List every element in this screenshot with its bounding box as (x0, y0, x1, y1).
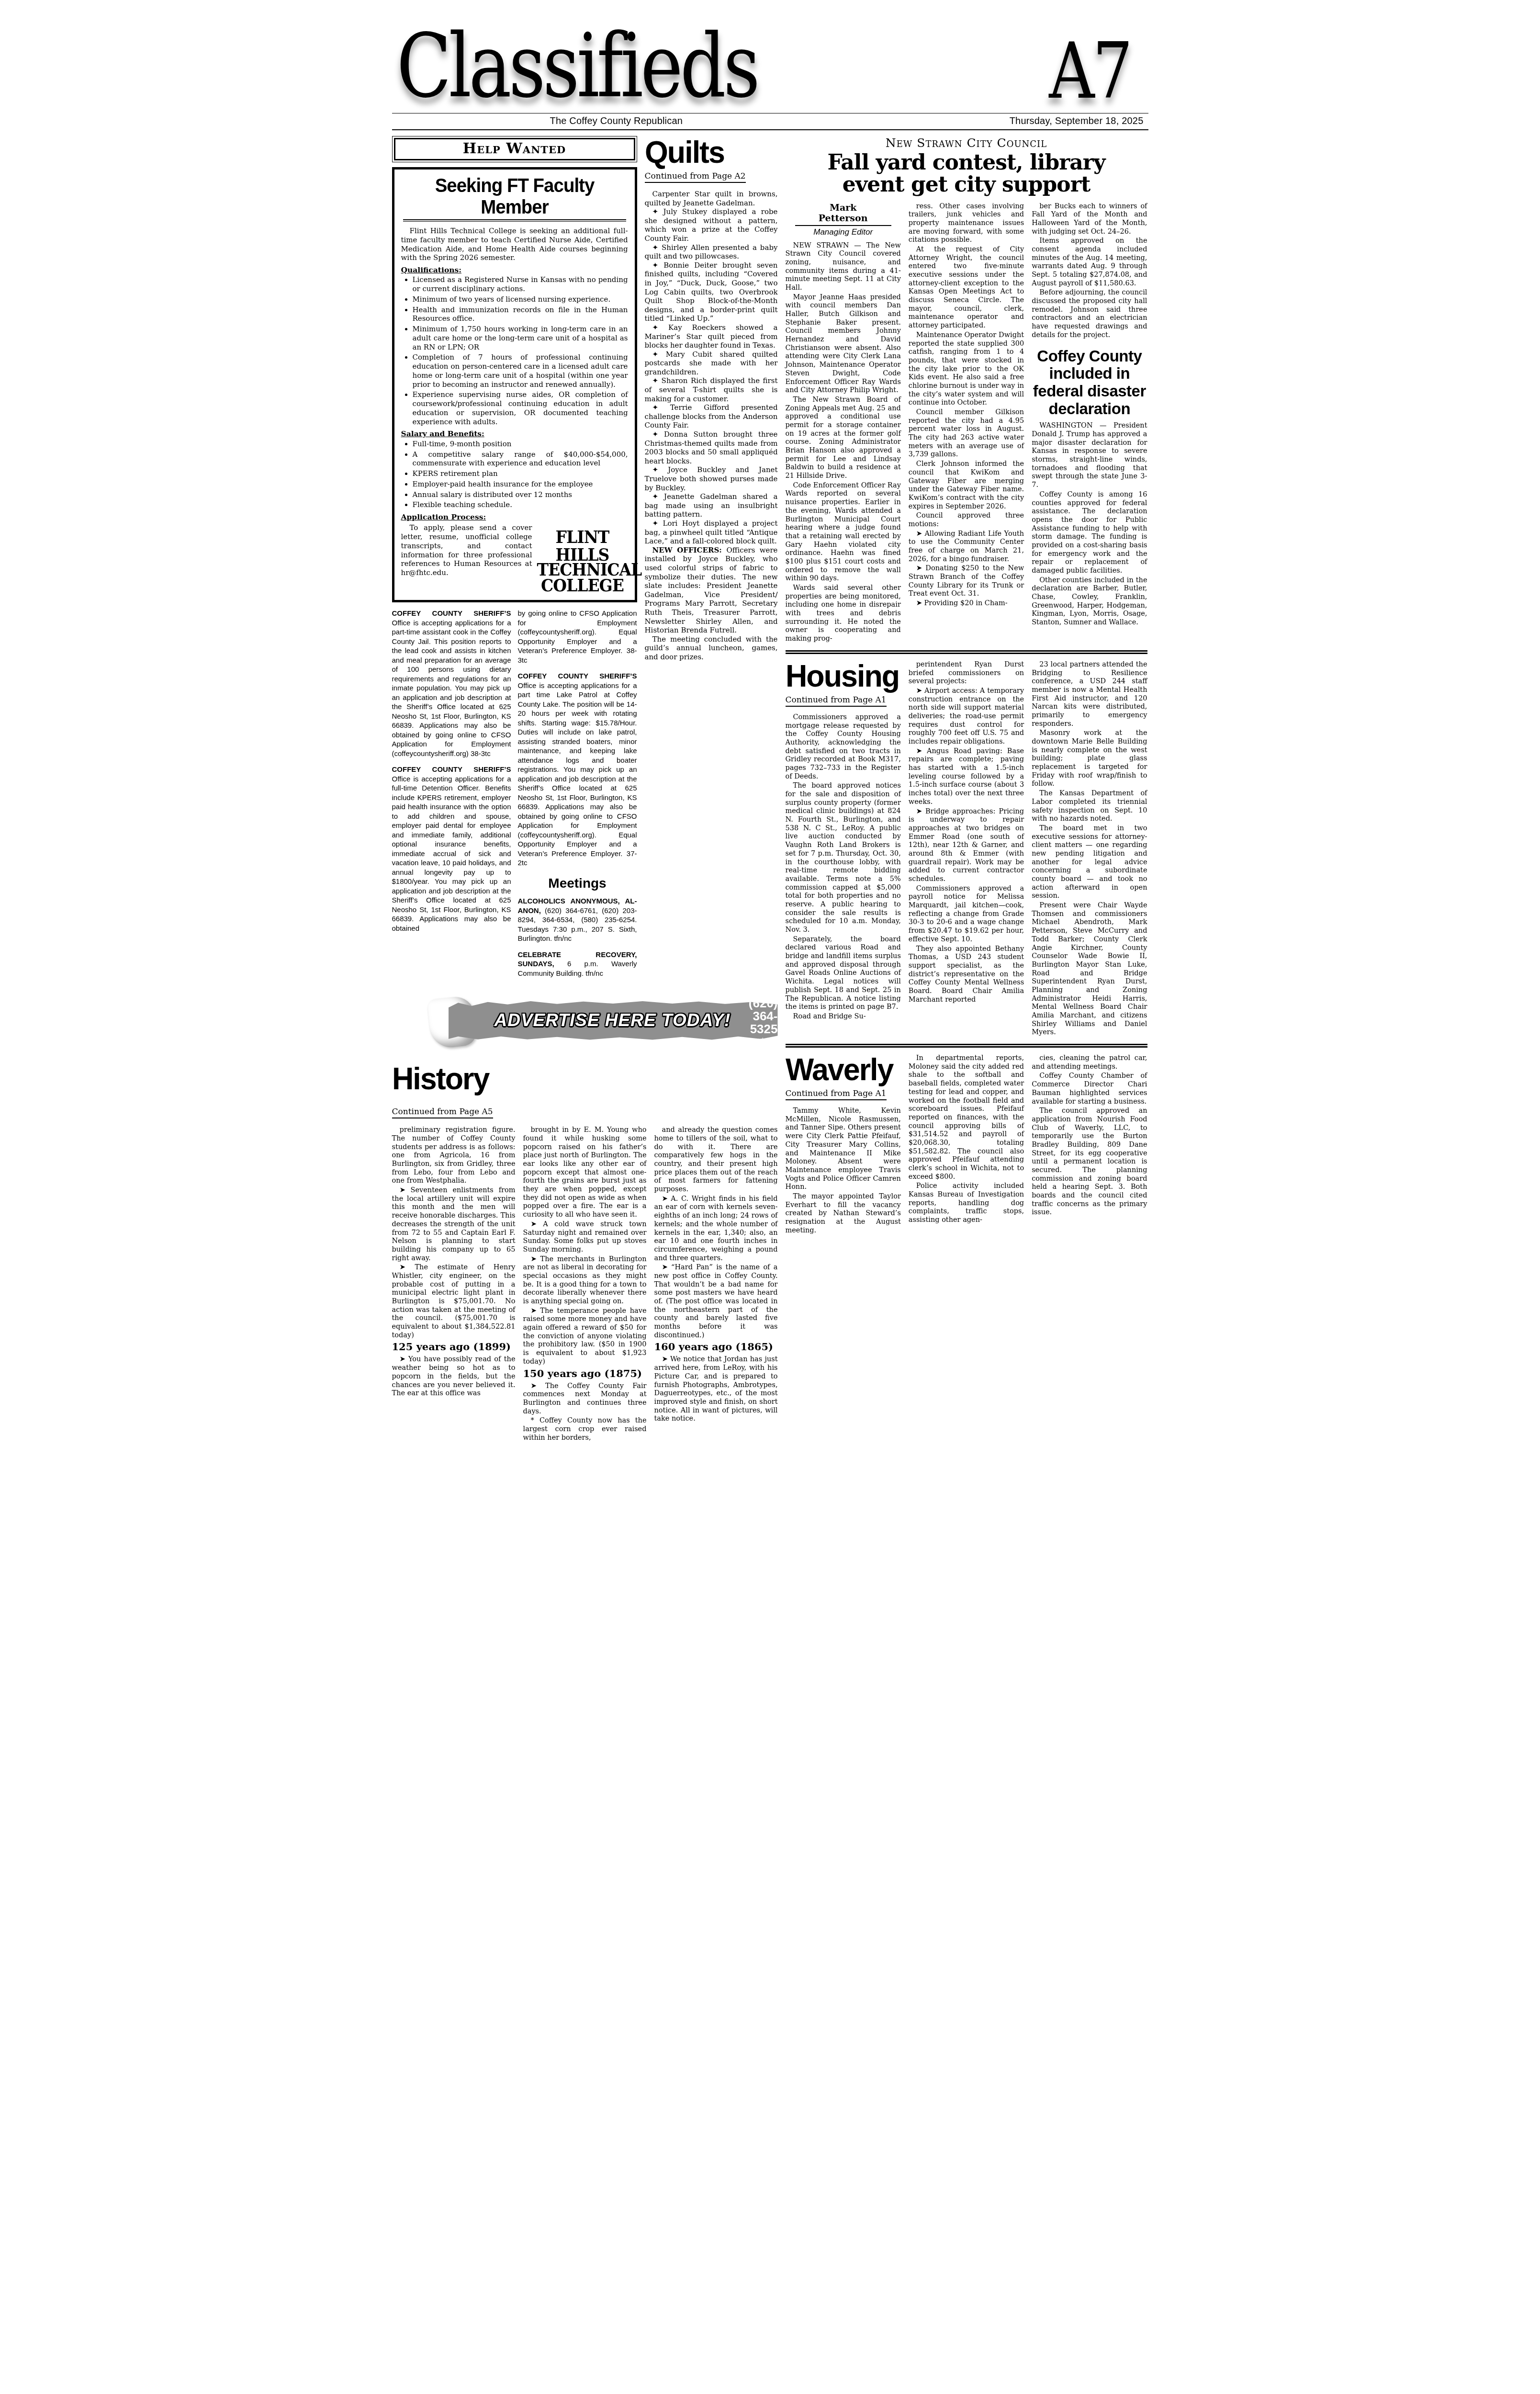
quilts-heading-block: Quilts Continued from Page A2 (645, 137, 778, 188)
article-paragraph: Coffey County is among 16 counties appro… (1032, 491, 1147, 576)
housing-columns: Housing Continued from Page A1 Commissio… (786, 661, 1147, 1037)
quilts-section: Quilts Continued from Page A2 Carpenter … (645, 135, 778, 985)
advertise-banner-text: ADVERTISE HERE TODAY! (449, 1010, 731, 1030)
history-paragraph: ➤ A cold wave struck town Saturday night… (523, 1220, 647, 1254)
housing-column-2: perintendent Ryan Durst briefed commissi… (909, 661, 1024, 1037)
left-top-row: Help Wanted Seeking FT Faculty Member Fl… (392, 135, 778, 985)
housing-column-3: 23 local partners attended the Bridging … (1032, 661, 1147, 1037)
quilts-paragraph: ✦ Mary Cubit shared quilted postcards sh… (645, 350, 778, 377)
masthead-row: Classifieds A7 (392, 7, 1148, 106)
article-paragraph: Commissioners approved a mortgage releas… (786, 713, 901, 781)
quilts-paragraph: ✦ Kay Roeckers showed a Mariner’s Star q… (645, 323, 778, 350)
housing-column-1: Housing Continued from Page A1 Commissio… (786, 661, 901, 1037)
advertise-banner-phone: (620) 364-5325 (749, 996, 778, 1036)
page-content: Help Wanted Seeking FT Faculty Member Fl… (392, 135, 1148, 1442)
history-paragraph: 160 years ago (1865) (654, 1341, 778, 1353)
advertise-banner[interactable]: ADVERTISE HERE TODAY! (620) 364-5325 ext… (429, 997, 778, 1049)
application-text: To apply, please send a cover letter, re… (401, 523, 532, 577)
history-paragraph: 150 years ago (1875) (523, 1367, 647, 1379)
history-column-2: brought in by E. M. Young who found it w… (523, 1126, 647, 1442)
history-paragraph: 125 years ago (1899) (392, 1341, 516, 1353)
section-divider-rule (786, 650, 1147, 654)
advertise-banner-ext: ext. 106 (755, 1036, 778, 1043)
article-paragraph: Mayor Jeanne Haas presided with council … (786, 294, 901, 395)
classified-columns: COFFEY COUNTY SHERIFF’S Office is accept… (392, 609, 637, 985)
article-paragraph: ➤ Allowing Radiant Life Youth to use the… (909, 530, 1024, 564)
history-paragraph: ➤ “Hard Pan” is the name of a new post o… (654, 1264, 778, 1340)
article-paragraph: Police activity included Kansas Bureau o… (909, 1182, 1024, 1224)
salary-item: A competitive salary range of $40,000-$5… (413, 450, 628, 468)
qualification-item: Minimum of 1,750 hours working in long-t… (413, 325, 628, 351)
article-paragraph: Maintenance Operator Dwight reported the… (909, 331, 1024, 407)
byline-block: Mark Petterson Managing Editor (786, 203, 901, 237)
section-divider-rule (786, 1044, 1147, 1048)
article-paragraph: In departmental reports, Moloney said th… (909, 1054, 1024, 1181)
faculty-ad-title: Seeking FT Faculty Member (405, 175, 623, 218)
salary-item: Full-time, 9-month position (413, 440, 628, 449)
help-wanted-header-inner: Help Wanted (394, 138, 635, 160)
article-paragraph: Coffey County Chamber of Commerce Direct… (1032, 1072, 1147, 1106)
quilts-paragraph: ✦ Bonnie Deiter brought seven finished q… (645, 261, 778, 323)
history-column-3: and already the question comes home to t… (654, 1126, 778, 1442)
quilts-paragraph: NEW OFFICERS: Officers were installed by… (645, 546, 778, 635)
quilts-paragraph: ✦ Donna Sutton brought three Christmas-t… (645, 430, 778, 465)
quilts-paragraph: The meeting concluded with the guild’s a… (645, 635, 778, 662)
history-paragraph: ➤ You have possibly read of the weather … (392, 1355, 516, 1398)
classified-ad: CELEBRATE RECOVERY, SUNDAYS, 6 p.m. Wave… (518, 950, 637, 979)
history-column-1: preliminary registration figure. The num… (392, 1126, 516, 1442)
faculty-ad-body: Flint Hills Technical College is seeking… (401, 226, 628, 593)
quilts-paragraph: ✦ Terrie Gifford presented challenge blo… (645, 403, 778, 430)
article-paragraph: Other counties included in the declarati… (1032, 576, 1147, 627)
article-paragraph: Before adjourning, the council discussed… (1032, 289, 1147, 339)
disaster-subheadline-line: included in (1032, 365, 1147, 383)
salary-item: KPERS retirement plan (413, 469, 628, 478)
waverly-continued-line: Continued from Page A1 (786, 1089, 887, 1100)
help-wanted-header-box: Help Wanted (392, 136, 637, 162)
new-strawn-column-2: ress. Other cases involving trailers, ju… (909, 203, 1024, 644)
fhtc-logo-line: FLINT HILLS (537, 529, 628, 564)
housing-continued-line: Continued from Page A1 (786, 695, 887, 707)
article-paragraph: perintendent Ryan Durst briefed commissi… (909, 661, 1024, 686)
waverly-columns: Waverly Continued from Page A1 Tammy Whi… (786, 1054, 1147, 1235)
salary-item: Employer-paid health insurance for the e… (413, 480, 628, 489)
publication-name: The Coffey County Republican (550, 116, 683, 127)
history-paragraph: preliminary registration figure. The num… (392, 1126, 516, 1186)
advertise-banner-ribbon: ADVERTISE HERE TODAY! (620) 364-5325 ext… (449, 1000, 778, 1040)
history-section: History Continued from Page A5 prelimina… (392, 1063, 778, 1442)
advertise-banner-phone-block: (620) 364-5325 ext. 106 (742, 997, 777, 1044)
qualification-item: Minimum of two years of licensed nursing… (413, 295, 628, 304)
history-continued-line: Continued from Page A5 (392, 1107, 493, 1118)
history-paragraph: ➤ We notice that Jordan has just arrived… (654, 1355, 778, 1423)
history-paragraph: ➤ A. C. Wright finds in his field an ear… (654, 1195, 778, 1263)
article-paragraph: ➤ Angus Road paving: Base repairs are co… (909, 747, 1024, 807)
classified-ad: COFFEY COUNTY SHERIFF’S Office is accept… (392, 765, 511, 933)
classified-ad: Meetings (518, 875, 637, 892)
salary-label: Salary and Benefits: (401, 429, 628, 438)
byline-author: Mark Petterson (795, 203, 891, 226)
quilts-paragraph: ✦ Joyce Buckley and Janet Truelove both … (645, 465, 778, 492)
article-paragraph: ➤ Airport access: A temporary constructi… (909, 687, 1024, 746)
classified-ad: COFFEY COUNTY SHERIFF’S Office is accept… (392, 609, 511, 758)
history-columns: preliminary registration figure. The num… (392, 1126, 778, 1442)
history-paragraph: ➤ Seventeen enlistments from the local a… (392, 1186, 516, 1263)
history-paragraph: and already the question comes home to t… (654, 1126, 778, 1194)
salary-item: Flexible teaching schedule. (413, 500, 628, 509)
faculty-ad-intro: Flint Hills Technical College is seeking… (401, 226, 628, 262)
history-heading-block: History Continued from Page A5 (392, 1063, 778, 1123)
qualification-item: Licensed as a Registered Nurse in Kansas… (413, 275, 628, 294)
history-paragraph: ➤ The estimate of Henry Whistler, city e… (392, 1264, 516, 1340)
history-heading: History (392, 1063, 770, 1094)
article-paragraph: Tammy White, Kevin McMillen, Nicole Rasm… (786, 1107, 901, 1192)
article-paragraph: Masonry work at the downtown Marie Belle… (1032, 729, 1147, 789)
article-paragraph: ress. Other cases involving trailers, ju… (909, 203, 1024, 245)
quilts-paragraph: ✦ Lori Hoyt displayed a project bag, a p… (645, 519, 778, 546)
page-number: A7 (1049, 37, 1143, 106)
housing-heading: Housing (786, 661, 899, 691)
history-paragraph: ➤ The merchants in Burlington are not as… (523, 1255, 647, 1306)
help-wanted-label: Help Wanted (463, 140, 566, 157)
article-paragraph: Items approved on the consent agenda inc… (1032, 237, 1147, 288)
classified-column-1: COFFEY COUNTY SHERIFF’S Office is accept… (392, 609, 511, 985)
new-strawn-article: New Strawn City Council Fall yard contes… (786, 136, 1147, 644)
article-paragraph: Commissioners approved a payroll notice … (909, 885, 1024, 944)
qualifications-list: Licensed as a Registered Nurse in Kansas… (401, 275, 628, 426)
new-strawn-col3-top: ber Bucks each to winners of Fall Yard o… (1032, 203, 1147, 340)
fhtc-logo: FLINT HILLSTECHNICALCOLLEGE (537, 523, 628, 593)
classified-column-2: by going online to CFSO Application for … (518, 609, 637, 985)
article-paragraph: Council approved three motions: (909, 512, 1024, 529)
article-paragraph: Council member Gilkison reported the cit… (909, 408, 1024, 459)
history-paragraph: brought in by E. M. Young who found it w… (523, 1126, 647, 1220)
qualification-item: Completion of 7 hours of professional co… (413, 353, 628, 389)
new-strawn-column-1: Mark Petterson Managing Editor NEW STRAW… (786, 203, 901, 644)
quilts-paragraph: ✦ July Stukey displayed a robe she desig… (645, 207, 778, 243)
classified-ad: ALCOHOLICS ANONYMOUS, AL-ANON, (620) 364… (518, 897, 637, 944)
quilts-paragraph: ✦ Jeanette Gadelman shared a bag made us… (645, 492, 778, 519)
article-paragraph: WASHINGTON — President Donald J. Trump h… (1032, 422, 1147, 490)
article-paragraph: The mayor appointed Taylor Everhart to f… (786, 1193, 901, 1235)
article-kicker: New Strawn City Council (786, 136, 1147, 150)
quilts-paragraph: Carpenter Star quilt in browns, quilted … (645, 190, 778, 207)
quilts-body: Carpenter Star quilt in browns, quilted … (645, 190, 778, 661)
issue-date: Thursday, September 18, 2025 (1010, 116, 1144, 127)
article-paragraph: The board approved notices for the sale … (786, 782, 901, 934)
qualification-item: Health and immunization records on file … (413, 305, 628, 324)
right-region: New Strawn City Council Fall yard contes… (786, 135, 1147, 1442)
disaster-subheadline-line: federal disaster (1032, 383, 1147, 400)
fhtc-logo-line: COLLEGE (537, 577, 628, 594)
new-strawn-col1-body: NEW STRAWN — The New Strawn City Council… (786, 242, 901, 644)
salary-item: Annual salary is distributed over 12 mon… (413, 490, 628, 499)
article-paragraph: The council approved an application from… (1032, 1107, 1147, 1217)
page-title: Classifieds (397, 27, 757, 106)
application-label: Application Process: (401, 512, 628, 521)
housing-heading-block: Housing Continued from Page A1 (786, 661, 901, 711)
masthead: Classifieds A7 The Coffey County Republi… (392, 3, 1148, 130)
quilts-paragraph: ✦ Sharon Rich displayed the first of sev… (645, 376, 778, 403)
article-paragraph: NEW STRAWN — The New Strawn City Council… (786, 242, 901, 293)
waverly-heading: Waverly (786, 1054, 899, 1085)
article-paragraph: The Kansas Department of Labor completed… (1032, 790, 1147, 824)
disaster-article-body: WASHINGTON — President Donald J. Trump h… (1032, 422, 1147, 627)
quilts-continued-line: Continued from Page A2 (645, 171, 746, 183)
article-paragraph: 23 local partners attended the Bridging … (1032, 661, 1147, 729)
classifieds-zone: Help Wanted Seeking FT Faculty Member Fl… (392, 135, 637, 985)
article-headline: Fall yard contest, library event get cit… (786, 152, 1147, 196)
waverly-heading-block: Waverly Continued from Page A1 (786, 1054, 901, 1105)
article-paragraph: Road and Bridge Su- (786, 1013, 901, 1021)
article-paragraph: The New Strawn Board of Zoning Appeals m… (786, 396, 901, 481)
faculty-ad-box: Seeking FT Faculty Member Flint Hills Te… (392, 167, 637, 602)
waverly-col1-body: Tammy White, Kevin McMillen, Nicole Rasm… (786, 1107, 901, 1235)
article-paragraph: ber Bucks each to winners of Fall Yard o… (1032, 203, 1147, 237)
qualifications-label: Qualifications: (401, 265, 628, 274)
article-paragraph: At the request of City Attorney Wright, … (909, 246, 1024, 330)
article-paragraph: Separately, the board declared various R… (786, 936, 901, 1012)
new-strawn-columns: Mark Petterson Managing Editor NEW STRAW… (786, 203, 1147, 644)
salary-list: Full-time, 9-month positionA competitive… (401, 440, 628, 509)
quilts-paragraph: ✦ Shirley Allen presented a baby quilt a… (645, 243, 778, 261)
faculty-ad-title-rule (403, 219, 626, 222)
classified-ad: COFFEY COUNTY SHERIFF’S Office is accept… (518, 672, 637, 868)
article-paragraph: They also appointed Bethany Thomas, a US… (909, 945, 1024, 1005)
waverly-section: Waverly Continued from Page A1 Tammy Whi… (786, 1054, 1147, 1235)
left-region: Help Wanted Seeking FT Faculty Member Fl… (392, 135, 778, 1442)
waverly-column-3: cies, cleaning the patrol car, and atten… (1032, 1054, 1147, 1235)
classified-ad: by going online to CFSO Application for … (518, 609, 637, 665)
article-paragraph: Code Enforcement Officer Ray Wards repor… (786, 482, 901, 583)
headline-line-1: Fall yard contest, library (827, 150, 1105, 175)
history-paragraph: * Coffey County now has the largest corn… (523, 1417, 647, 1442)
application-row: To apply, please send a cover letter, re… (401, 523, 628, 593)
disaster-subheadline-line: Coffey County (1032, 348, 1147, 365)
newspaper-page: Classifieds A7 The Coffey County Republi… (385, 0, 1155, 1457)
article-paragraph: The board met in two executive sessions … (1032, 824, 1147, 901)
article-paragraph: Clerk Johnson informed the council that … (909, 460, 1024, 511)
quilts-heading: Quilts (645, 137, 775, 168)
article-paragraph: Present were Chair Wayde Thomsen and com… (1032, 902, 1147, 1037)
history-paragraph: ➤ The temperance people have raised some… (523, 1307, 647, 1366)
housing-section: Housing Continued from Page A1 Commissio… (786, 661, 1147, 1037)
housing-col1-body: Commissioners approved a mortgage releas… (786, 713, 901, 1021)
article-paragraph: ➤ Donating $250 to the New Strawn Branch… (909, 565, 1024, 598)
headline-line-2: event get city support (843, 172, 1090, 197)
article-paragraph: cies, cleaning the patrol car, and atten… (1032, 1054, 1147, 1071)
article-paragraph: ➤ Providing $20 in Cham- (909, 599, 1024, 608)
disaster-subheadline: Coffey Countyincluded infederal disaster… (1032, 348, 1147, 418)
article-paragraph: Wards said several other properties are … (786, 584, 901, 644)
history-paragraph: ➤ The Coffey County Fair commences next … (523, 1382, 647, 1416)
waverly-column-1: Waverly Continued from Page A1 Tammy Whi… (786, 1054, 901, 1235)
masthead-rule-2 (392, 129, 1148, 130)
new-strawn-column-3: ber Bucks each to winners of Fall Yard o… (1032, 203, 1147, 644)
article-paragraph: ➤ Bridge approaches: Pricing is underway… (909, 808, 1024, 884)
byline-title: Managing Editor (795, 226, 891, 237)
qualification-item: Experience supervising nurse aides, OR c… (413, 390, 628, 426)
disaster-subheadline-line: declaration (1032, 400, 1147, 418)
waverly-column-2: In departmental reports, Moloney said th… (909, 1054, 1024, 1235)
